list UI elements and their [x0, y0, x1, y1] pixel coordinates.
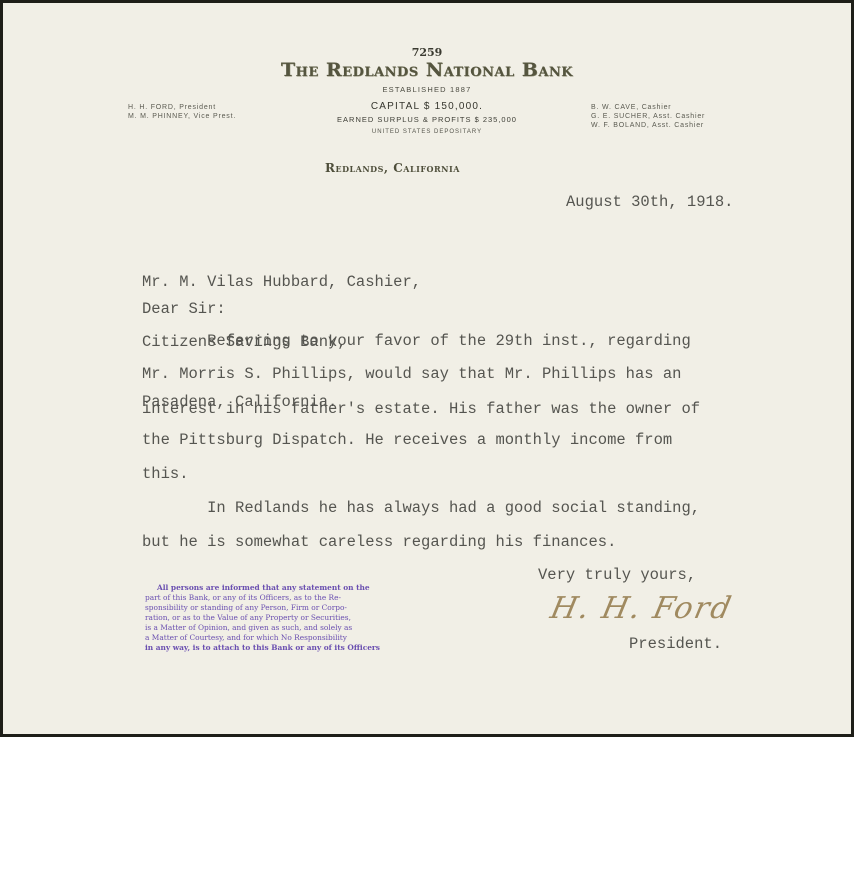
handwritten-signature: H. H. Ford	[547, 591, 736, 626]
body-line: Mr. Morris S. Phillips, would say that M…	[142, 365, 682, 383]
body-line: interest in his father's estate. His fat…	[142, 400, 700, 418]
officer-asst-cashier-2: W. F. BOLAND, Asst. Cashier	[591, 121, 705, 130]
closing: Very truly yours,	[538, 566, 696, 584]
disclaimer-stamp: All persons are informed that any statem…	[145, 583, 407, 653]
letter-page: 7259 The Redlands National Bank ESTABLIS…	[3, 3, 851, 734]
stamp-line: ration, or as to the Value of any Proper…	[145, 613, 407, 623]
stamp-line: is a Matter of Opinion, and given as suc…	[145, 623, 407, 633]
stamp-line: All persons are informed that any statem…	[145, 583, 407, 593]
stamp-line: in any way, is to attach to this Bank or…	[145, 643, 407, 653]
body-line: Referring to your favor of the 29th inst…	[142, 332, 691, 350]
officer-cashier: B. W. CAVE, Cashier	[591, 103, 705, 112]
body-line: the Pittsburg Dispatch. He receives a mo…	[142, 431, 672, 449]
stamp-line: sponsibility or standing of any Person, …	[145, 603, 407, 613]
established-line: ESTABLISHED 1887	[3, 85, 851, 94]
letter-date: August 30th, 1918.	[566, 193, 733, 211]
depositary-line: UNITED STATES DEPOSITARY	[3, 129, 851, 135]
officers-right: B. W. CAVE, Cashier G. E. SUCHER, Asst. …	[591, 103, 705, 130]
body-line: this.	[142, 465, 189, 483]
address-line: Mr. M. Vilas Hubbard, Cashier,	[142, 272, 421, 292]
signer-title: President.	[629, 635, 722, 653]
bank-name-heading: The Redlands National Bank	[3, 59, 851, 81]
surplus-line: EARNED SURPLUS & PROFITS $ 235,000	[3, 115, 851, 124]
capital-line: CAPITAL $ 150,000.	[3, 101, 851, 112]
officer-asst-cashier-1: G. E. SUCHER, Asst. Cashier	[591, 112, 705, 121]
document-number: 7259	[3, 46, 851, 59]
city-heading: Redlands, California	[325, 161, 460, 175]
body-line: but he is somewhat careless regarding hi…	[142, 533, 616, 551]
stamp-line: a Matter of Courtesy, and for which No R…	[145, 633, 407, 643]
stamp-line: part of this Bank, or any of its Officer…	[145, 593, 407, 603]
salutation: Dear Sir:	[142, 300, 226, 318]
body-line: In Redlands he has always had a good soc…	[142, 499, 700, 517]
